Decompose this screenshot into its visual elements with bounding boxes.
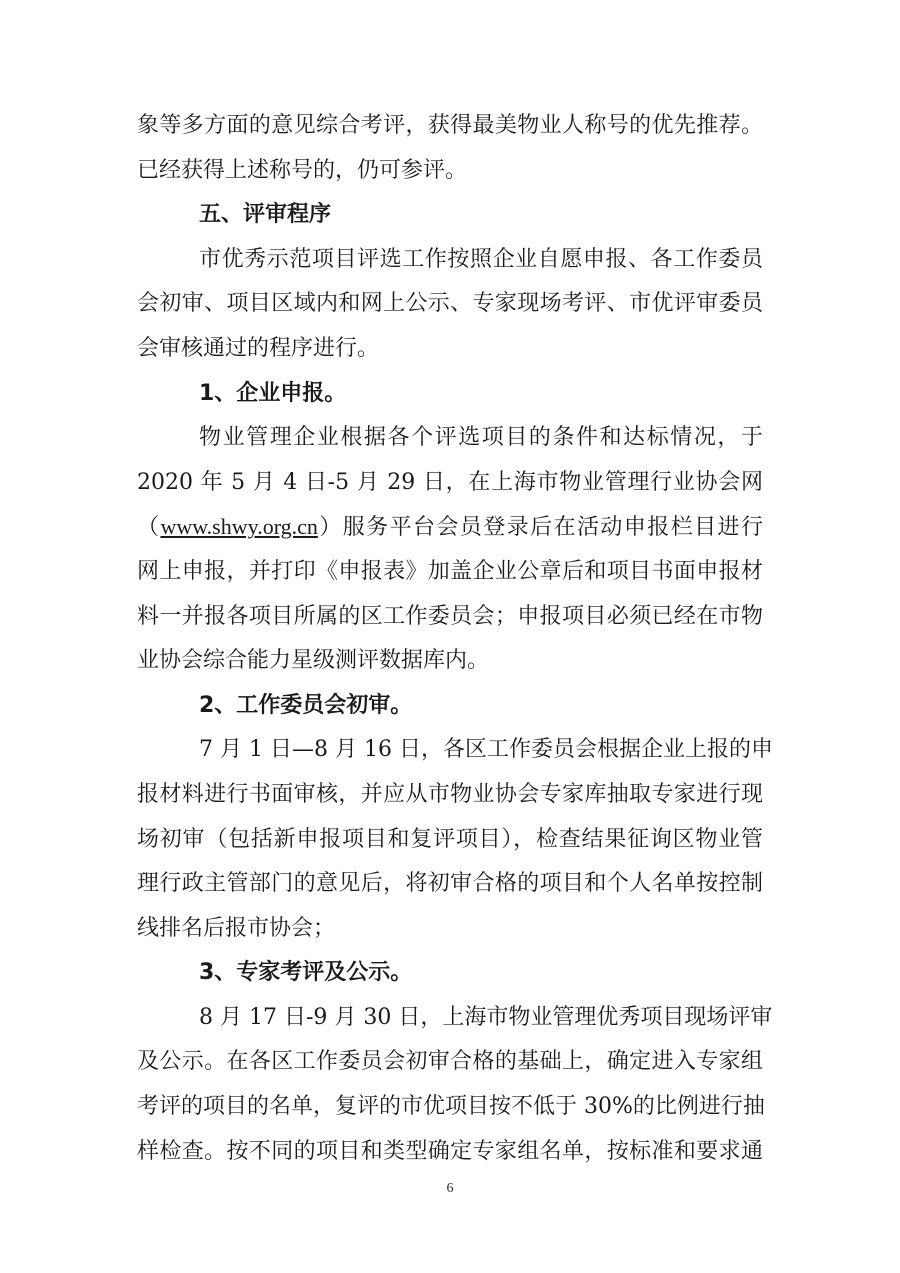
paragraph-line: 报材料进行书面审核，并应从市物业协会专家库抽取专家进行现	[137, 773, 763, 818]
paragraph-line: 理行政主管部门的意见后，将初审合格的项目和个人名单按控制	[137, 862, 763, 907]
paragraph-line: 样检查。按不同的项目和类型确定专家组名单，按标准和要求通	[137, 1130, 763, 1175]
section-heading-review-procedure: 五、评审程序	[137, 193, 763, 238]
paragraph-line: 场初审（包括新申报项目和复评项目），检查结果征询区物业管	[137, 818, 763, 863]
paragraph-line: 料一并报各项目所属的区工作委员会；申报项目必须已经在市物	[137, 595, 763, 640]
paragraph-line: 会审核通过的程序进行。	[137, 327, 763, 372]
paragraph-line-with-link: （www.shwy.org.cn）服务平台会员登录后在活动申报栏目进行	[137, 505, 763, 550]
document-page: 象等多方面的意见综合考评，获得最美物业人称号的优先推荐。 已经获得上述称号的，仍…	[0, 0, 900, 1273]
paragraph-line: 2020 年 5 月 4 日-5 月 29 日，在上海市物业管理行业协会网	[137, 461, 763, 506]
paragraph-line: 象等多方面的意见综合考评，获得最美物业人称号的优先推荐。	[137, 104, 763, 149]
paragraph-line: 网上申报，并打印《申报表》加盖企业公章后和项目书面申报材	[137, 550, 763, 595]
paragraph-line: 业协会综合能力星级测评数据库内。	[137, 639, 763, 684]
subheading-committee-preliminary-review: 2、工作委员会初审。	[137, 684, 763, 729]
paragraph-line: 已经获得上述称号的，仍可参评。	[137, 149, 763, 194]
paragraph-line: 考评的项目的名单，复评的市优项目按不低于 30%的比例进行抽	[137, 1085, 763, 1130]
paragraph-line: 物业管理企业根据各个评选项目的条件和达标情况，于	[137, 416, 763, 461]
subheading-enterprise-application: 1、企业申报。	[137, 372, 763, 417]
link-suffix-text: ）服务平台会员登录后在活动申报栏目进行	[318, 515, 763, 540]
page-number: 6	[0, 1181, 900, 1197]
document-body: 象等多方面的意见综合考评，获得最美物业人称号的优先推荐。 已经获得上述称号的，仍…	[137, 104, 763, 1174]
website-link[interactable]: www.shwy.org.cn	[160, 514, 317, 539]
paragraph-line: 线排名后报市协会；	[137, 907, 763, 952]
paragraph-line: 及公示。在各区工作委员会初审合格的基础上，确定进入专家组	[137, 1040, 763, 1085]
paren-open: （	[137, 515, 160, 540]
paragraph-line: 7 月 1 日—8 月 16 日，各区工作委员会根据企业上报的申	[137, 728, 763, 773]
paragraph-line: 8 月 17 日-9 月 30 日，上海市物业管理优秀项目现场评审	[137, 996, 763, 1041]
paragraph-line: 市优秀示范项目评选工作按照企业自愿申报、各工作委员	[137, 238, 763, 283]
paragraph-line: 会初审、项目区域内和网上公示、专家现场考评、市优评审委员	[137, 282, 763, 327]
subheading-expert-review-publicity: 3、专家考评及公示。	[137, 951, 763, 996]
